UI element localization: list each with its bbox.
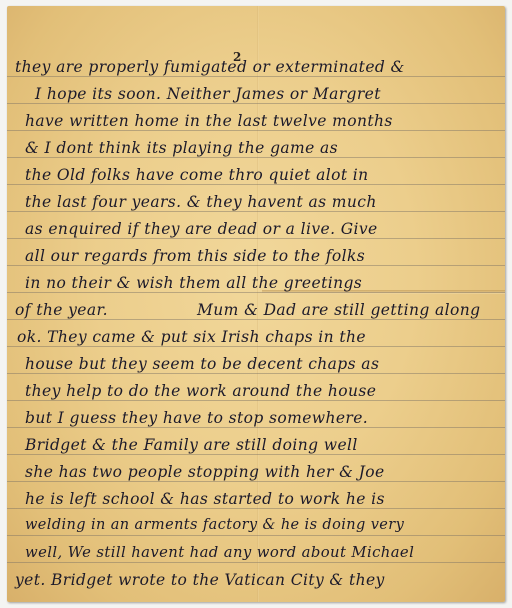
letter-line: Mum & Dad are still getting along bbox=[197, 301, 480, 319]
letter-line: they help to do the work around the hous… bbox=[25, 382, 376, 400]
letter-line: the Old folks have come thro quiet alot … bbox=[25, 166, 369, 184]
letter-line: but I guess they have to stop somewhere. bbox=[25, 409, 368, 427]
letter-line: she has two people stopping with her & J… bbox=[25, 463, 385, 481]
ruled-line bbox=[7, 103, 505, 104]
ruled-line bbox=[7, 535, 505, 536]
letter-line: of the year. bbox=[15, 301, 108, 319]
letter-line: the last four years. & they havent as mu… bbox=[25, 193, 377, 211]
ruled-line bbox=[7, 454, 505, 455]
letter-line: as enquired if they are dead or a live. … bbox=[25, 220, 378, 238]
ruled-line bbox=[7, 319, 505, 320]
letter-line: yet. Bridget wrote to the Vatican City &… bbox=[15, 571, 385, 589]
letter-line: have written home in the last twelve mon… bbox=[25, 112, 393, 130]
letter-line: Bridget & the Family are still doing wel… bbox=[25, 436, 358, 454]
ruled-line bbox=[7, 130, 505, 131]
letter-line: he is left school & has started to work … bbox=[25, 490, 385, 508]
ruled-line bbox=[7, 481, 505, 482]
ruled-line bbox=[7, 238, 505, 239]
ruled-line bbox=[7, 211, 505, 212]
ruled-line bbox=[7, 508, 505, 509]
ruled-line bbox=[7, 76, 505, 77]
ruled-line bbox=[7, 562, 505, 563]
letter-line: welding in an arments factory & he is do… bbox=[25, 517, 404, 533]
ruled-line bbox=[7, 427, 505, 428]
ruled-line bbox=[7, 373, 505, 374]
ruled-line bbox=[7, 400, 505, 401]
letter-line: they are properly fumigated or extermina… bbox=[15, 58, 405, 76]
letter-line: all our regards from this side to the fo… bbox=[25, 247, 365, 265]
ruled-line bbox=[7, 184, 505, 185]
letter-line: in no their & wish them all the greeting… bbox=[25, 274, 362, 292]
ruled-line bbox=[7, 292, 505, 293]
letter-line: ok. They came & put six Irish chaps in t… bbox=[17, 328, 366, 346]
letter-line: well, We still havent had any word about… bbox=[25, 544, 414, 561]
ruled-line bbox=[7, 157, 505, 158]
letter-line: house but they seem to be decent chaps a… bbox=[25, 355, 379, 373]
ruled-line bbox=[7, 265, 505, 266]
ruled-line bbox=[7, 346, 505, 347]
letter-line: & I dont think its playing the game as bbox=[25, 139, 338, 157]
letter-line: I hope its soon. Neither James or Margre… bbox=[35, 85, 381, 103]
letter-page: 2 they are properly fumigated or extermi… bbox=[7, 6, 505, 602]
